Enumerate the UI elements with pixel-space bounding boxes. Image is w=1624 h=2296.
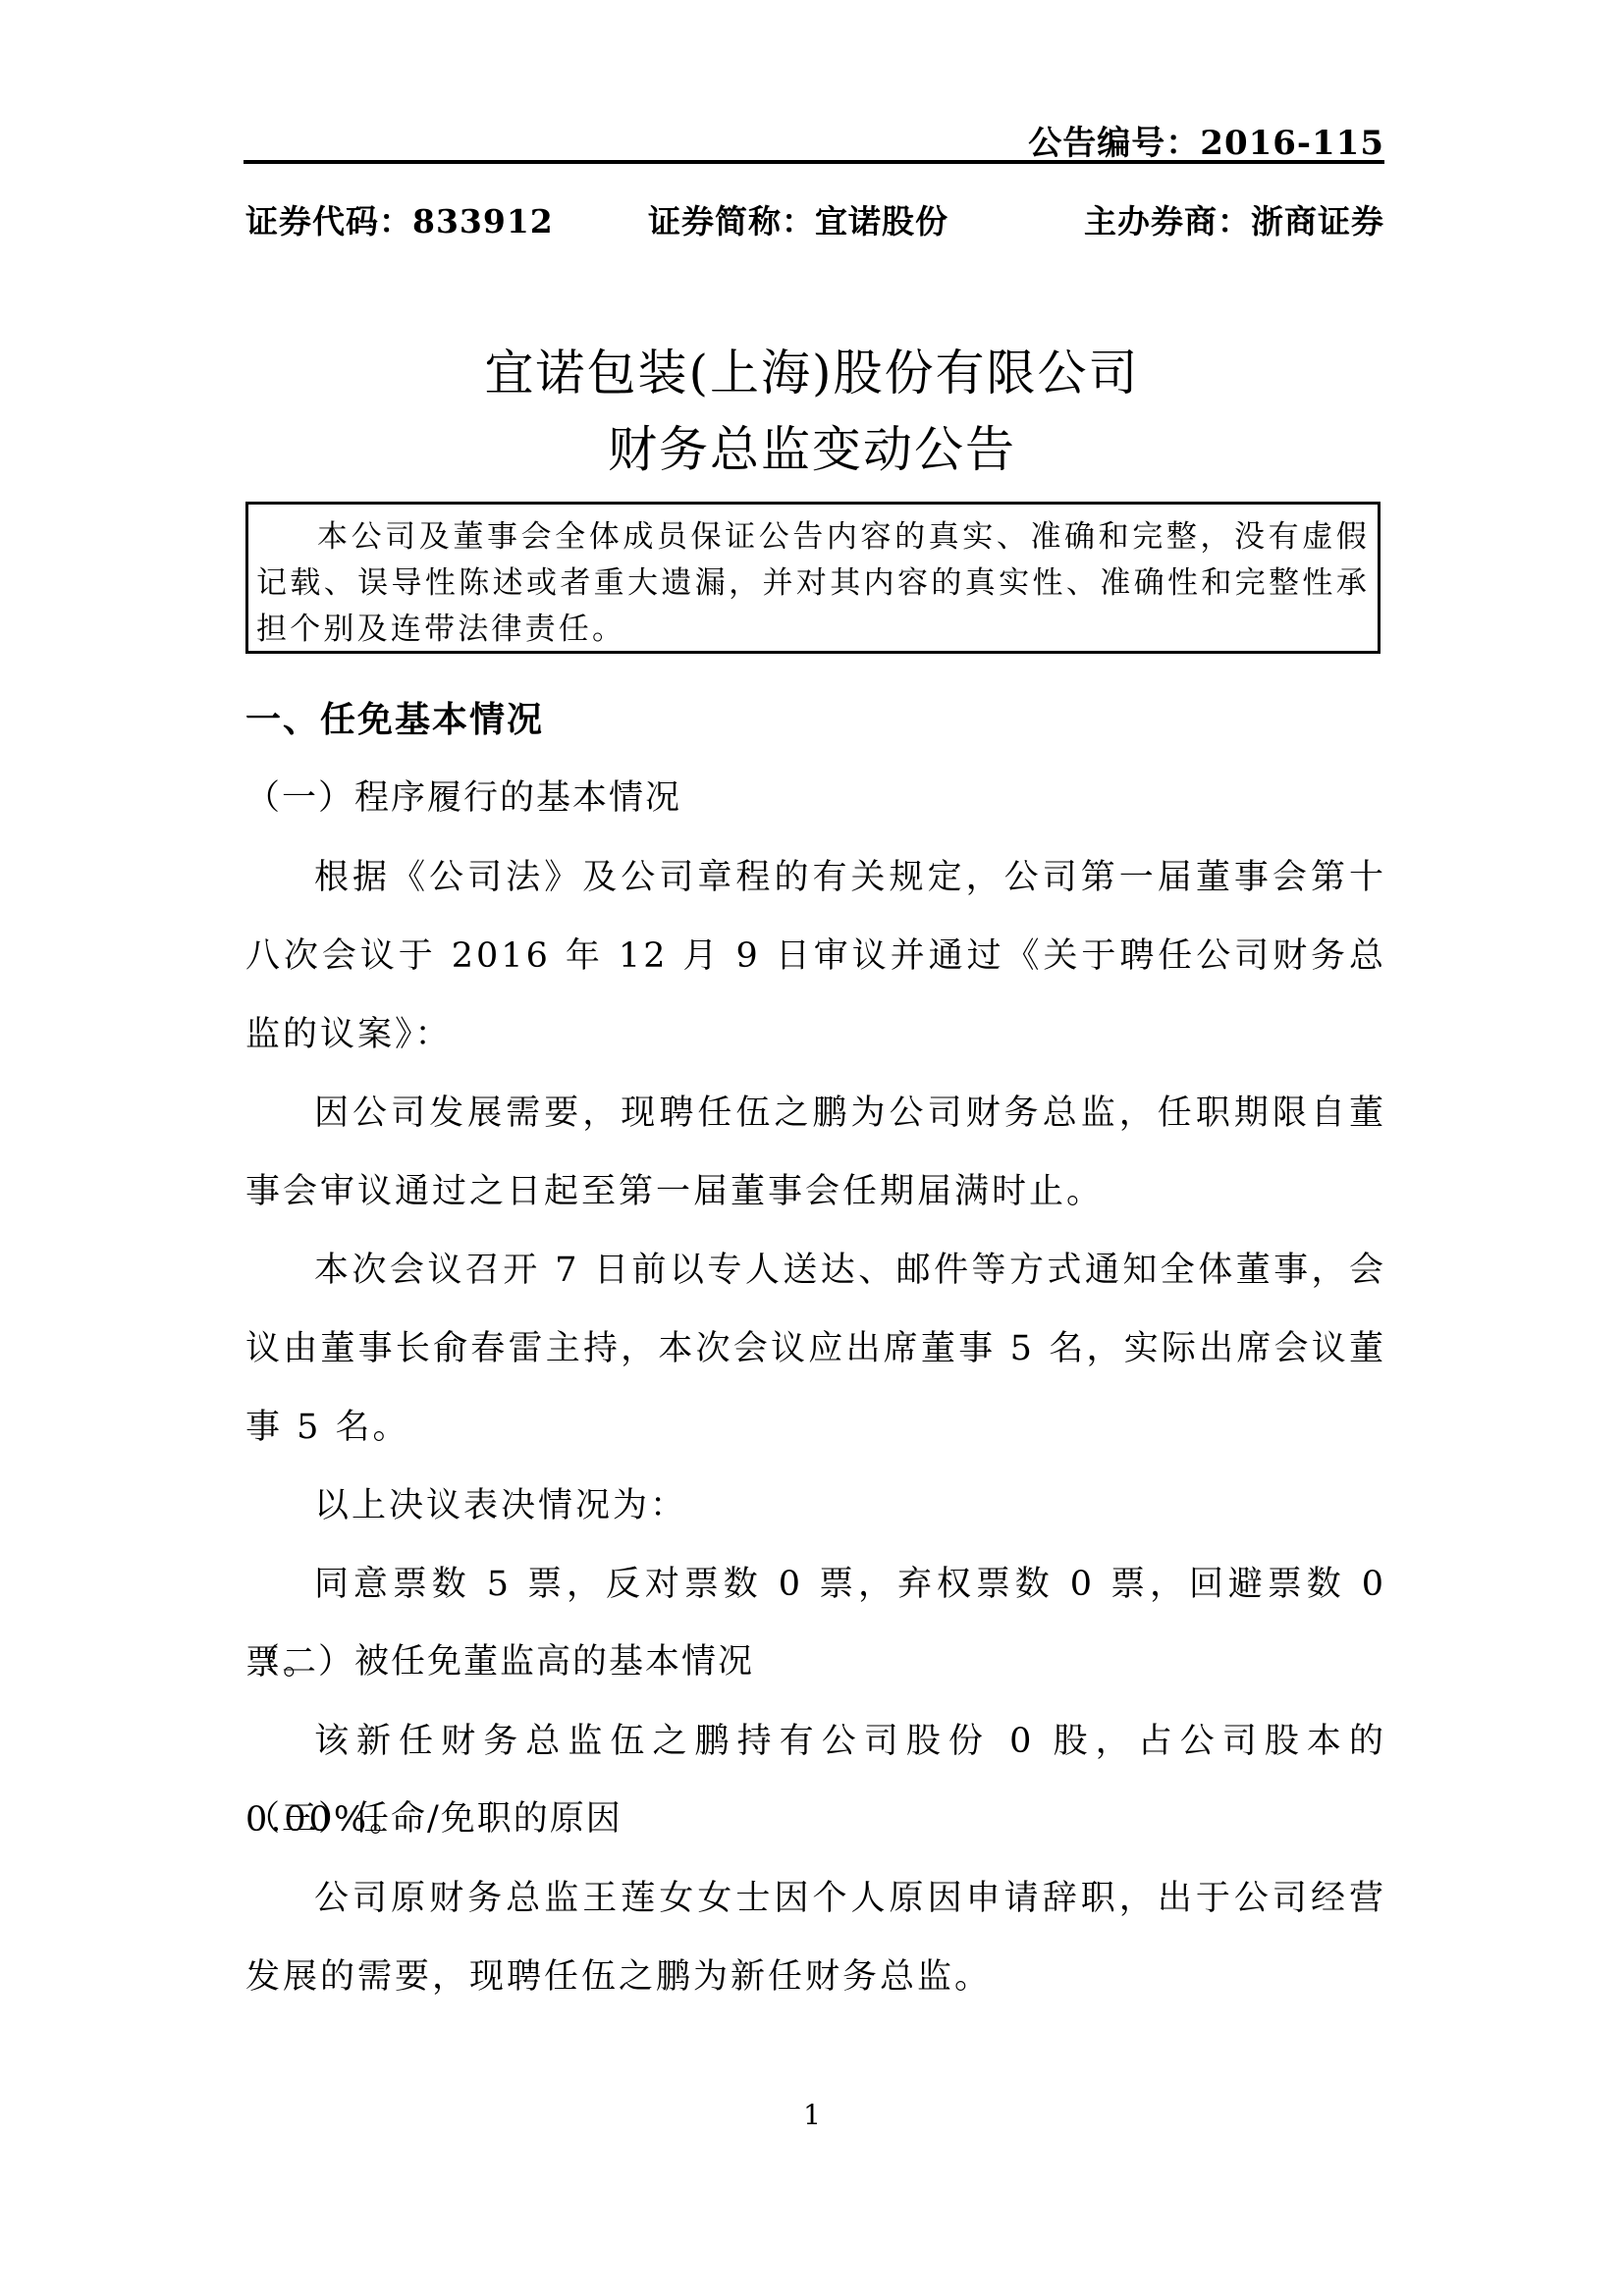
paragraph-text: 根据《公司法》及公司章程的有关规定，公司第一届董事会第十八次会议于 2016 年…	[245, 838, 1386, 1074]
sponsor-broker: 主办券商：浙商证券	[1084, 196, 1384, 242]
subsection-heading: （三）任命/免职的原因	[245, 1791, 623, 1841]
paragraph: 本次会议召开 7 日前以专人送达、邮件等方式通知全体董事，会议由董事长俞春雷主持…	[245, 1231, 1386, 1467]
disclaimer-text: 本公司及董事会全体成员保证公告内容的真实、准确和完整，没有虚假记载、误导性陈述或…	[256, 514, 1370, 653]
page-number: 1	[0, 2099, 1624, 2131]
securities-code: 证券代码：833912	[245, 196, 554, 242]
paragraph-text: 本次会议召开 7 日前以专人送达、邮件等方式通知全体董事，会议由董事长俞春雷主持…	[245, 1231, 1386, 1467]
paragraph: 以上决议表决情况为：	[245, 1467, 1386, 1545]
section-heading: 一、任免基本情况	[245, 692, 544, 742]
paragraph: 公司原财务总监王莲女女士因个人原因申请辞职，出于公司经营发展的需要，现聘任伍之鹏…	[245, 1859, 1386, 2016]
disclaimer-box: 本公司及董事会全体成员保证公告内容的真实、准确和完整，没有虚假记载、误导性陈述或…	[245, 502, 1380, 654]
announcement-number: 公告编号：2016-115	[1028, 116, 1384, 164]
paragraph: 根据《公司法》及公司章程的有关规定，公司第一届董事会第十八次会议于 2016 年…	[245, 838, 1386, 1074]
document-page: 公告编号：2016-115 证券代码：833912 证券简称：宜诺股份 主办券商…	[0, 0, 1624, 2296]
subsection-heading: （一）程序履行的基本情况	[245, 771, 681, 820]
paragraph-text: 公司原财务总监王莲女女士因个人原因申请辞职，出于公司经营发展的需要，现聘任伍之鹏…	[245, 1859, 1386, 2016]
header-rule	[244, 160, 1384, 164]
paragraph-text: 以上决议表决情况为：	[245, 1467, 1386, 1545]
paragraph: 因公司发展需要，现聘任伍之鹏为公司财务总监，任职期限自董事会审议通过之日起至第一…	[245, 1074, 1386, 1231]
subsection-heading: （二）被任免董监高的基本情况	[245, 1634, 754, 1683]
announcement-title: 财务总监变动公告	[0, 410, 1624, 481]
paragraph-text: 因公司发展需要，现聘任伍之鹏为公司财务总监，任职期限自董事会审议通过之日起至第一…	[245, 1074, 1386, 1231]
company-title: 宜诺包装(上海)股份有限公司	[0, 334, 1624, 404]
securities-short-name: 证券简称：宜诺股份	[648, 196, 948, 242]
